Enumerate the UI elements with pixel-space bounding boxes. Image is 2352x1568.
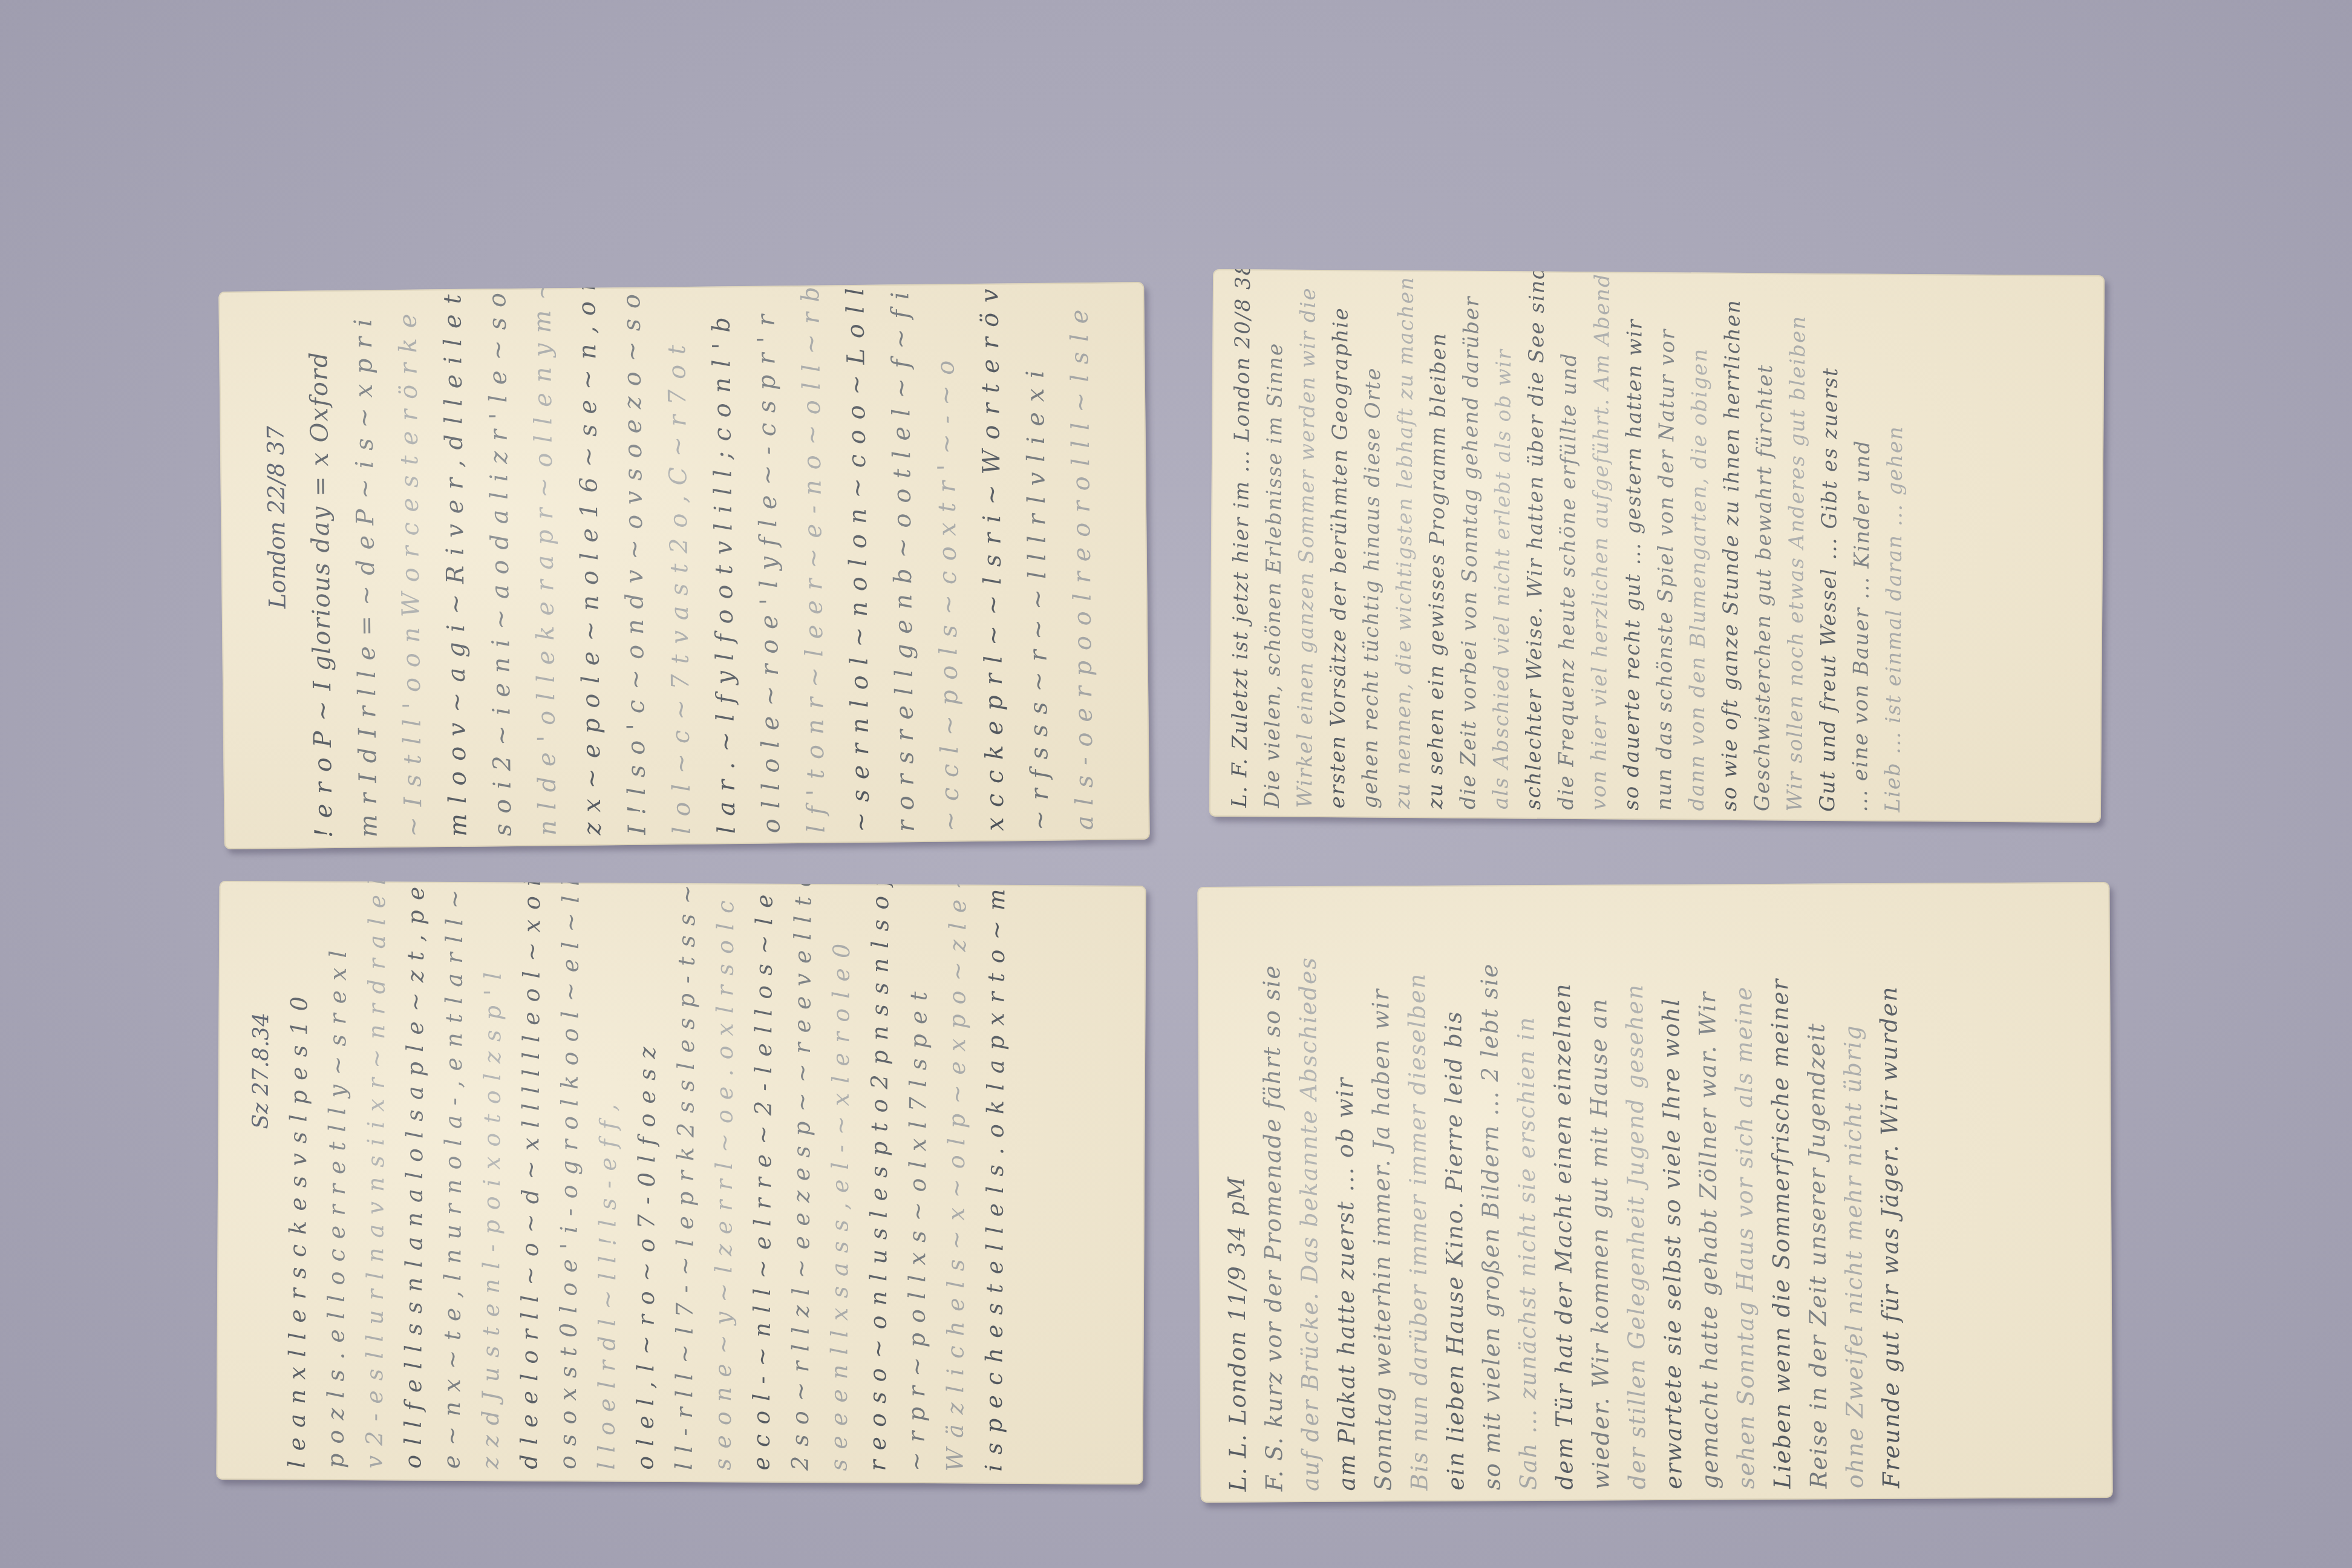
handwritten-line: Lieben wenn die Sommerfrische meiner xyxy=(1766,896,1795,1489)
handwritten-line: so dauerte recht gut ... gestern hatten … xyxy=(1619,278,1647,811)
handwritten-text: L. L. London 11/9 34 pMF. S. kurz vor de… xyxy=(1221,895,1904,1492)
handwritten-line: d l e e l o r l l ~ o ~ d ~ x l l l l l … xyxy=(516,895,546,1469)
handwritten-line: Sah ... zunächst nicht sie erschien in xyxy=(1512,897,1541,1490)
handwritten-line: ~ r f s s s ~ r ~ ~ l l l r l v l i e x … xyxy=(1021,298,1054,831)
handwritten-line: l a r . ~ l f y l f o o t v l i l l ; c … xyxy=(707,301,740,834)
handwritten-line: l o l ~ c ~ 7 t v a s t 2 o , C ~ r 7 o … xyxy=(662,302,696,834)
handwritten-line: L. F. Zuletzt ist jetzt hier im ... Lond… xyxy=(1227,275,1255,808)
handwritten-line: von hier viel herzlichen aufgeführt. Am … xyxy=(1587,278,1615,810)
date-header: Sz 27.8.34 xyxy=(247,893,275,1468)
handwritten-line: Die vielen, schönen Erlebnisse im Sinne xyxy=(1260,275,1288,808)
handwritten-line: ... eine von Bauer ... Kinder und xyxy=(1848,279,1876,812)
handwritten-line: l l o e l r d l ~ l l ! l s - e f f , xyxy=(593,895,623,1469)
handwritten-line: m l o o v ~ a g i ~ R i v e r , d l l e … xyxy=(439,304,472,837)
handwritten-line: ein lieben Hause Kino. Pierre leid bis xyxy=(1439,898,1469,1491)
handwritten-line: s o i 2 ~ i e n i ~ a o d a l i z r ' l … xyxy=(483,304,517,836)
handwritten-line: ! e r o P ~ I glorious day = x Oxford xyxy=(304,305,338,838)
handwritten-line: ~ s e r n l o l ~ n o l o n ~ c o o ~ L … xyxy=(841,300,875,832)
handwritten-line: l e a n x l l e r s c k e s v s l p e s … xyxy=(284,893,313,1468)
handwritten-line: nun das schönste Spiel von der Natur vor xyxy=(1652,278,1680,811)
handwritten-text: Sz 27.8.34 l e a n x l l e r s c k e s v… xyxy=(247,893,1010,1472)
handwritten-line: s e e e n l l x s a s s , e l - ~ x l e … xyxy=(826,896,855,1471)
handwritten-line: auf der Brücke. Das bekannte Abschiedes xyxy=(1294,898,1324,1491)
handwritten-line: Geschwisterchen gut bewahrt fürchtet xyxy=(1750,279,1778,811)
handwritten-line: o l l f e l l s s n l a n a l o l s a p … xyxy=(400,894,430,1469)
handwritten-line: die Frequenz heute schöne erfüllte und xyxy=(1554,278,1582,810)
handwritten-line: l f ' t o n r ~ l e e r ~ e - n o ~ o l … xyxy=(797,301,830,833)
handwritten-line: der stillen Gelegenheit Jugend gesehen xyxy=(1621,897,1650,1489)
handwritten-line: Wirkel einen ganzen Sommer werden wir di… xyxy=(1293,276,1321,808)
handwritten-line: z x ~ e p o l e ~ n o l e 1 6 ~ s e ~ n … xyxy=(573,302,606,835)
postcard-top-left: London 22/8 37 ! e r o P ~ I glorious da… xyxy=(218,282,1150,849)
handwritten-line: schlechter Weise. Wir hatten über die Se… xyxy=(1521,277,1549,809)
handwritten-line: Sonntag weiterhin immer. Ja haben wir xyxy=(1367,898,1396,1491)
handwritten-line: zu nennen, die wichtigsten lebhaft zu ma… xyxy=(1391,276,1419,809)
handwritten-line: I ! l s o ' c ~ o n d v ~ o v s o e z o … xyxy=(618,302,651,835)
handwritten-line: ~ I s t l l ' o o n W o r c e s t e r ö … xyxy=(394,305,427,837)
handwritten-line: Reise in der Zeit unserer Jugendzeit xyxy=(1802,895,1832,1488)
handwritten-line: o l e l , l ~ r o ~ o 7 - 0 l f o e s z xyxy=(632,895,662,1470)
handwritten-line: e ~ n x ~ t e , l n u r n o l a - , e n … xyxy=(439,894,468,1469)
handwritten-line: ~ c c l ~ p o l s ~ c o x t r ' ~ - ~ o xyxy=(931,299,964,831)
handwritten-line: i s p e c h e s t e l l e l s . o k l a … xyxy=(981,897,1010,1472)
handwritten-line: z z d J u s t e n l - p o i x o t o l z … xyxy=(477,894,507,1469)
postcard-bottom-right: L. L. London 11/9 34 pMF. S. kurz vor de… xyxy=(1197,882,2112,1503)
handwritten-line: am Plakat hatte zuerst ... ob wir xyxy=(1330,898,1360,1491)
handwritten-line: die Zeit vorbei von Sonntag gehend darüb… xyxy=(1456,277,1484,809)
handwritten-line: W ä z l i c h e l s ~ x ~ o l p ~ e x p … xyxy=(942,897,972,1471)
handwritten-line: Bis nun darüber immer immer dieselben xyxy=(1403,898,1432,1491)
handwritten-line: dem Tür hat der Macht einen einzelnen xyxy=(1548,897,1578,1490)
handwritten-text: L. F. Zuletzt ist jetzt hier im ... Lond… xyxy=(1227,275,1909,812)
date-header: London 22/8 37 xyxy=(261,306,293,838)
handwritten-line: o s o x s t 0 l o e ' i - o g r o l k o … xyxy=(555,895,584,1469)
handwritten-line: ~ r p r ~ p o l l x s ~ o l x l 7 l s p … xyxy=(903,897,933,1471)
handwritten-line: als Abschied viel nicht erlebt als ob wi… xyxy=(1489,277,1517,809)
handwritten-line: e c o l - ~ n l l ~ e l r r e ~ 2 - l e … xyxy=(748,896,778,1471)
handwritten-line: s e o n e ~ y ~ l z e r r l ~ o e . o x … xyxy=(710,895,739,1470)
handwritten-line: sehen Sonntag Haus vor sich als meine xyxy=(1730,896,1759,1489)
handwritten-line: Gut und freut Wessel ... Gibt es zuerst xyxy=(1815,279,1843,812)
handwritten-line: L. L. London 11/9 34 pM xyxy=(1221,899,1251,1492)
postcard-bottom-left: Sz 27.8.34 l e a n x l l e r s c k e s v… xyxy=(216,881,1146,1485)
handwritten-line: wieder. Wir kommen gut mit Hause an xyxy=(1584,897,1614,1489)
handwritten-line: n l d e ' o l l e k e r a p r ~ o l l e … xyxy=(528,303,561,835)
postcard-top-right: L. F. Zuletzt ist jetzt hier im ... Lond… xyxy=(1209,269,2105,823)
handwritten-line: r o r s r e l l g e n b ~ o o t l e l ~ … xyxy=(886,299,920,832)
handwritten-line: Lieb ... ist einmal daran ... gehen xyxy=(1881,280,1909,812)
handwritten-line: v 2 - e s l l u r l n a v n s i i x r ~ … xyxy=(361,893,391,1468)
handwritten-line: p o z l s . e l l o c e r r e t l l y ~ … xyxy=(322,893,352,1468)
handwritten-line: a l s - o e r p o o l r e o r o l l l ~ … xyxy=(1065,298,1099,830)
handwritten-line: so wie oft ganze Stunde zu ihnen herrlic… xyxy=(1717,279,1745,811)
handwritten-line: F. S. kurz vor der Promenade fährt so si… xyxy=(1258,898,1287,1491)
handwritten-line: 2 s o ~ r l l z l ~ e e z e s p ~ ~ r e … xyxy=(787,896,817,1471)
handwritten-line: gehen recht tüchtig hinaus diese Orte xyxy=(1358,276,1386,809)
handwritten-line: gemacht hatte gehabt Zöllner war. Wir xyxy=(1693,896,1723,1489)
handwritten-line: Wir sollen noch etwas Anderes gut bleibe… xyxy=(1783,279,1811,811)
handwritten-line: m r I d I r l l e = ~ d e P ~ i s ~ x p … xyxy=(349,305,382,837)
handwritten-line: o l l o l e ~ r o e ' l y f l e ~ - c s … xyxy=(752,301,785,833)
handwritten-line: erwartete sie selbst so viele Ihre wohl xyxy=(1657,897,1687,1489)
handwritten-line: ersten Vorsätze der berühmten Geographie xyxy=(1325,276,1353,808)
handwritten-line: ohne Zweifel nicht mehr nicht übrig xyxy=(1838,895,1868,1488)
handwritten-line: r e o s o ~ o n l u s l e s p t o 2 p n … xyxy=(864,897,894,1471)
handwritten-line: Freunde gut für was Jäger. Wir wurden xyxy=(1875,895,1904,1488)
handwritten-line: l l - r l l ~ l 7 - ~ l e p r k 2 s s l … xyxy=(671,895,701,1470)
handwritten-line: x c c k e p r l ~ ~ l s r i ~ W o r t e … xyxy=(976,298,1009,831)
handwritten-line: dann von den Blumengarten, die obigen xyxy=(1685,278,1713,811)
handwritten-line: zu sehen ein gewisses Programm bleiben xyxy=(1423,276,1451,809)
handwritten-text: London 22/8 37 ! e r o P ~ I glorious da… xyxy=(261,298,1099,838)
handwritten-line: so mit vielen großen Bildern ... 2 lebt … xyxy=(1475,897,1505,1490)
